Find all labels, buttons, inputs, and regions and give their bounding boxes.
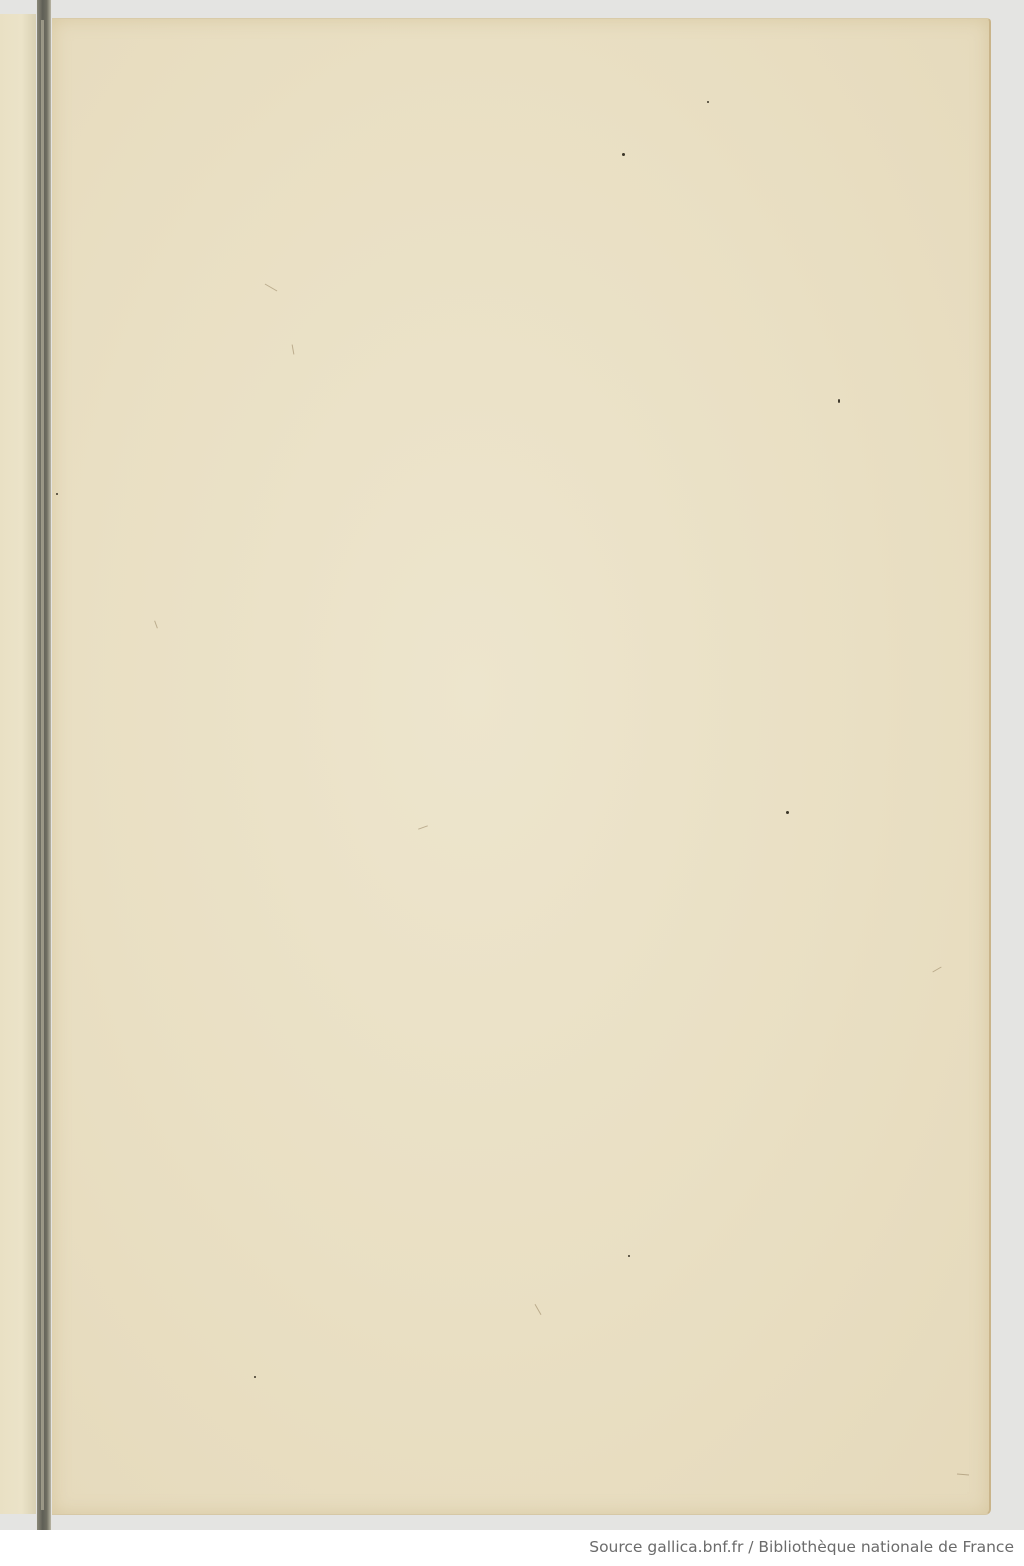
- gutter-highlight: [41, 20, 44, 1510]
- paper-fiber: [418, 825, 428, 829]
- facing-page-edge: [0, 14, 36, 1514]
- scan-image: [0, 0, 1024, 1530]
- paper-fiber: [292, 344, 295, 354]
- paper-speck: [628, 1255, 630, 1257]
- paper-speck: [838, 399, 840, 403]
- paper-speck: [254, 1376, 256, 1378]
- paper-speck: [707, 101, 709, 103]
- source-credit: Source gallica.bnf.fr / Bibliothèque nat…: [589, 1538, 1014, 1556]
- paper-speck: [786, 811, 789, 814]
- paper-fiber: [932, 967, 941, 973]
- paper-fiber: [957, 1473, 969, 1475]
- paper-fiber: [154, 621, 158, 629]
- paper-speck: [56, 493, 58, 495]
- blank-page: [52, 18, 991, 1515]
- document-viewer: Source gallica.bnf.fr / Bibliothèque nat…: [0, 0, 1024, 1566]
- paper-fiber: [265, 284, 278, 292]
- paper-fiber: [535, 1304, 542, 1315]
- paper-speck: [622, 153, 625, 156]
- footer: Source gallica.bnf.fr / Bibliothèque nat…: [0, 1530, 1024, 1566]
- book-gutter: [37, 0, 51, 1530]
